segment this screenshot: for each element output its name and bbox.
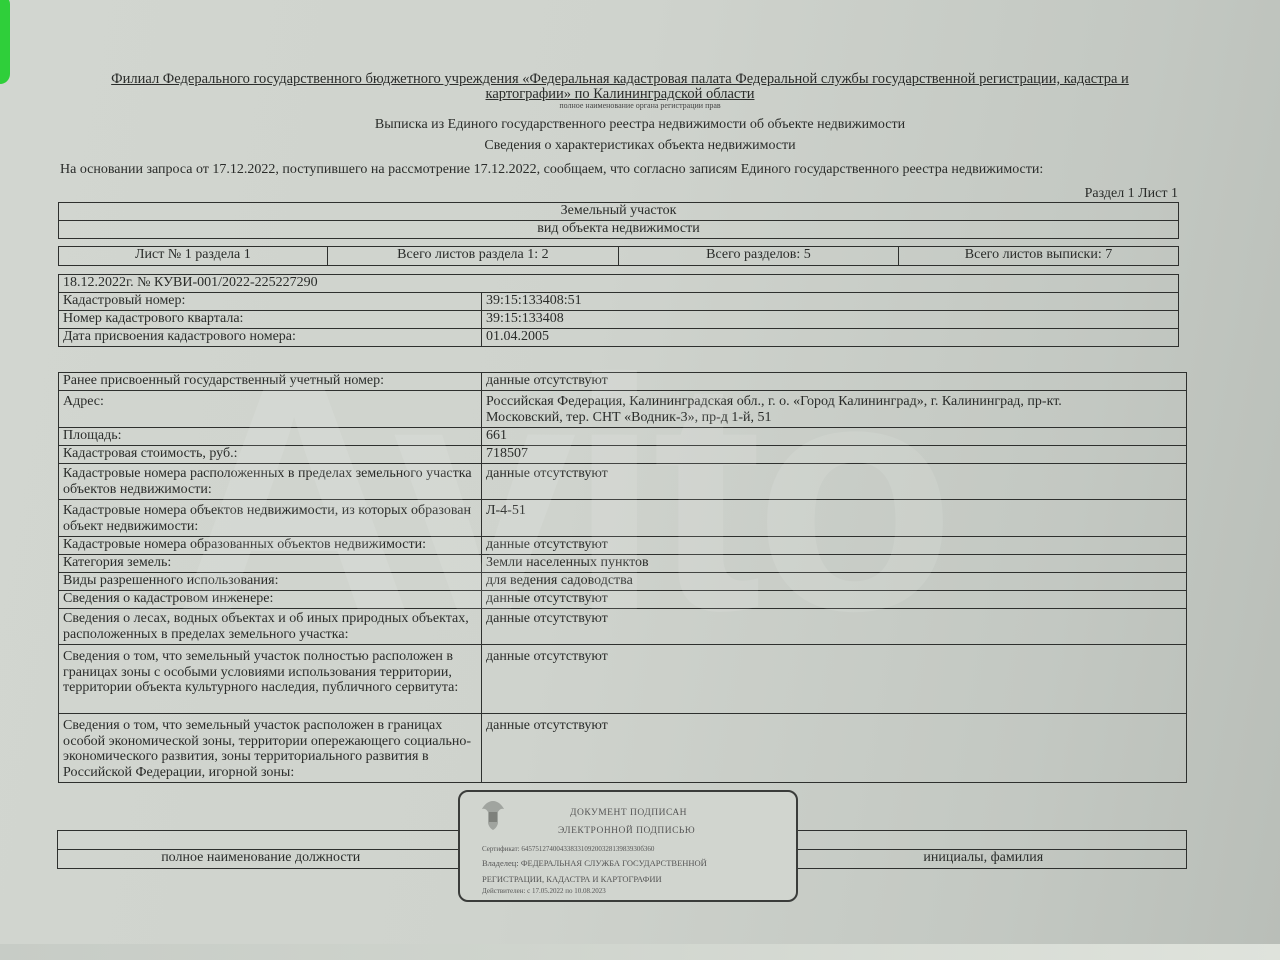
row-label: Номер кадастрового квартала: (59, 311, 482, 329)
cadastral-number: 39:15:133408:51 (482, 293, 1179, 311)
object-type-caption: вид объекта недвижимости (59, 221, 1179, 239)
row-label: Сведения о том, что земельный участок ра… (59, 714, 482, 783)
sheets-table: Лист № 1 раздела 1 Всего листов раздела … (58, 246, 1179, 266)
cadastral-cost-value: 718507 (482, 446, 1187, 464)
table-row: Сведения о том, что земельный участок ра… (59, 714, 1187, 783)
row-label: Виды разрешенного использования: (59, 573, 482, 591)
stamp-certificate: Сертификат: 6457512740043383310920032813… (482, 845, 654, 853)
cadastral-quarter: 39:15:133408 (482, 311, 1179, 329)
request-basis: На основании запроса от 17.12.2022, пост… (60, 162, 1043, 178)
table-row: Виды разрешенного использования:для веде… (59, 573, 1187, 591)
address-value: Российская Федерация, Калининградская об… (482, 391, 1187, 428)
row-value: данные отсутствуют (482, 537, 1187, 555)
stamp-owner-2: РЕГИСТРАЦИИ, КАДАСТРА И КАРТОГРАФИИ (482, 874, 662, 884)
table-row: Категория земель:Земли населенных пункто… (59, 555, 1187, 573)
table-row: Кадастровые номера образованных объектов… (59, 537, 1187, 555)
row-value: данные отсутствуют (482, 645, 1187, 714)
position-caption: полное наименование должности (58, 850, 464, 869)
area-value: 661 (482, 428, 1187, 446)
row-label: Кадастровый номер: (59, 293, 482, 311)
stamp-validity: Действителен: с 17.05.2022 по 10.08.2023 (482, 887, 606, 895)
row-label: Сведения о кадастровом инженере: (59, 591, 482, 609)
assignment-date: 01.04.2005 (482, 329, 1179, 347)
coat-of-arms-icon (478, 798, 508, 832)
object-type-table: Земельный участок вид объекта недвижимос… (58, 202, 1179, 239)
row-label: Сведения о том, что земельный участок по… (59, 645, 482, 714)
row-value: данные отсутствуют (482, 464, 1187, 500)
table-row: Площадь:661 (59, 428, 1187, 446)
organization-name: Филиал Федерального государственного бюд… (0, 72, 1280, 102)
row-label: Кадастровые номера объектов недвижимости… (59, 500, 482, 537)
section-reference: Раздел 1 Лист 1 (1085, 186, 1178, 202)
row-label: Ранее присвоенный государственный учетны… (59, 373, 482, 391)
electronic-signature-stamp: ДОКУМЕНТ ПОДПИСАН ЭЛЕКТРОННОЙ ПОДПИСЬЮ С… (458, 790, 798, 902)
row-value: данные отсутствуют (482, 609, 1187, 645)
document-subtitle: Сведения о характеристиках объекта недви… (0, 138, 1280, 154)
row-value: данные отсутствуют (482, 591, 1187, 609)
name-caption: инициалы, фамилия (780, 850, 1186, 869)
row-label: Адрес: (59, 391, 482, 428)
characteristics-table: Ранее присвоенный государственный учетны… (58, 372, 1187, 783)
row-label: Кадастровые номера расположенных в преде… (59, 464, 482, 500)
table-row: Ранее присвоенный государственный учетны… (59, 373, 1187, 391)
extract-sheets-total: Всего листов выписки: 7 (898, 247, 1178, 266)
row-value: данные отсутствуют (482, 373, 1187, 391)
permitted-use-value: для ведения садоводства (482, 573, 1187, 591)
row-label: Кадастровые номера образованных объектов… (59, 537, 482, 555)
page-edge (0, 944, 1280, 960)
row-label: Площадь: (59, 428, 482, 446)
stamp-owner: Владелец: ФЕДЕРАЛЬНАЯ СЛУЖБА ГОСУДАРСТВЕ… (482, 858, 707, 868)
object-type-value: Земельный участок (59, 203, 1179, 221)
row-label: Категория земель: (59, 555, 482, 573)
sheet-number: Лист № 1 раздела 1 (59, 247, 328, 266)
table-row: Кадастровые номера расположенных в преде… (59, 464, 1187, 500)
document-title: Выписка из Единого государственного реес… (0, 117, 1280, 133)
table-row: Сведения о том, что земельный участок по… (59, 645, 1187, 714)
name-field (780, 831, 1186, 850)
record-number: 18.12.2022г. № КУВИ-001/2022-225227290 (59, 275, 1179, 293)
position-field (58, 831, 464, 850)
section-sheets-total: Всего листов раздела 1: 2 (327, 247, 618, 266)
stamp-line-2: ЭЛЕКТРОННОЙ ПОДПИСЬЮ (558, 826, 695, 836)
table-row: Адрес:Российская Федерация, Калининградс… (59, 391, 1187, 428)
table-row: Сведения о кадастровом инженере:данные о… (59, 591, 1187, 609)
row-value: Л-4-51 (482, 500, 1187, 537)
row-label: Дата присвоения кадастрового номера: (59, 329, 482, 347)
land-category-value: Земли населенных пунктов (482, 555, 1187, 573)
stamp-line-1: ДОКУМЕНТ ПОДПИСАН (570, 808, 687, 818)
record-table: 18.12.2022г. № КУВИ-001/2022-225227290 К… (58, 274, 1179, 347)
table-row: Кадастровые номера объектов недвижимости… (59, 500, 1187, 537)
table-row: Номер кадастрового квартала: 39:15:13340… (59, 311, 1179, 329)
row-value: данные отсутствуют (482, 714, 1187, 783)
table-row: Сведения о лесах, водных объектах и об и… (59, 609, 1187, 645)
table-row: Кадастровая стоимость, руб.:718507 (59, 446, 1187, 464)
table-row: Кадастровый номер: 39:15:133408:51 (59, 293, 1179, 311)
sections-total: Всего разделов: 5 (618, 247, 898, 266)
table-row: Дата присвоения кадастрового номера: 01.… (59, 329, 1179, 347)
row-label: Кадастровая стоимость, руб.: (59, 446, 482, 464)
row-label: Сведения о лесах, водных объектах и об и… (59, 609, 482, 645)
organization-caption: полное наименование органа регистрации п… (0, 101, 1280, 110)
